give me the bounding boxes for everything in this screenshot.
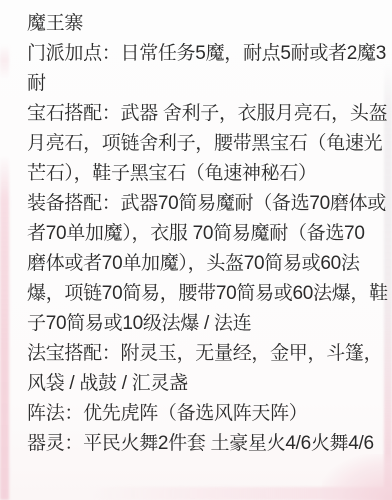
text-line: 磨体或者70单加魔），头盔70简易或60法 bbox=[27, 249, 377, 279]
text-line: 月亮石，项链舍利子，腰带黑宝石（龟速光 bbox=[27, 129, 377, 159]
bottom-right-corner-tint bbox=[322, 454, 392, 500]
guide-text-block: 魔王寨 门派加点：日常任务5魔，耐点5耐或者2魔3 耐 宝石搭配：武器 舍利子，… bbox=[27, 9, 377, 459]
text-line: 耐 bbox=[27, 69, 377, 99]
text-line: 子70简易或10级法爆 / 法连 bbox=[27, 309, 377, 339]
text-line: 阵法：优先虎阵（备选风阵天阵） bbox=[27, 399, 377, 429]
text-line: 宝石搭配：武器 舍利子，衣服月亮石，头盔 bbox=[27, 99, 377, 129]
text-line: 芒石），鞋子黑宝石（龟速神秘石） bbox=[27, 159, 377, 189]
left-edge-tint bbox=[0, 0, 9, 500]
text-line: 器灵：平民火舞2件套 土豪星火4/6火舞4/6 bbox=[27, 429, 377, 459]
text-line: 装备搭配：武器70简易魔耐（备选70磨体或 bbox=[27, 189, 377, 219]
text-line: 爆，项链70简易，腰带70简易或60法爆，鞋 bbox=[27, 279, 377, 309]
guide-page: 魔王寨 门派加点：日常任务5魔，耐点5耐或者2魔3 耐 宝石搭配：武器 舍利子，… bbox=[0, 0, 392, 500]
page-title: 魔王寨 bbox=[27, 9, 377, 39]
right-edge-tint bbox=[384, 0, 392, 500]
text-line: 者70单加魔），衣服 70简易魔耐（备选70 bbox=[27, 219, 377, 249]
text-line: 法宝搭配：附灵玉，无量经，金甲，斗篷， bbox=[27, 339, 377, 369]
text-line: 风袋 / 战鼓 / 汇灵盏 bbox=[27, 369, 377, 399]
text-line: 门派加点：日常任务5魔，耐点5耐或者2魔3 bbox=[27, 39, 377, 69]
